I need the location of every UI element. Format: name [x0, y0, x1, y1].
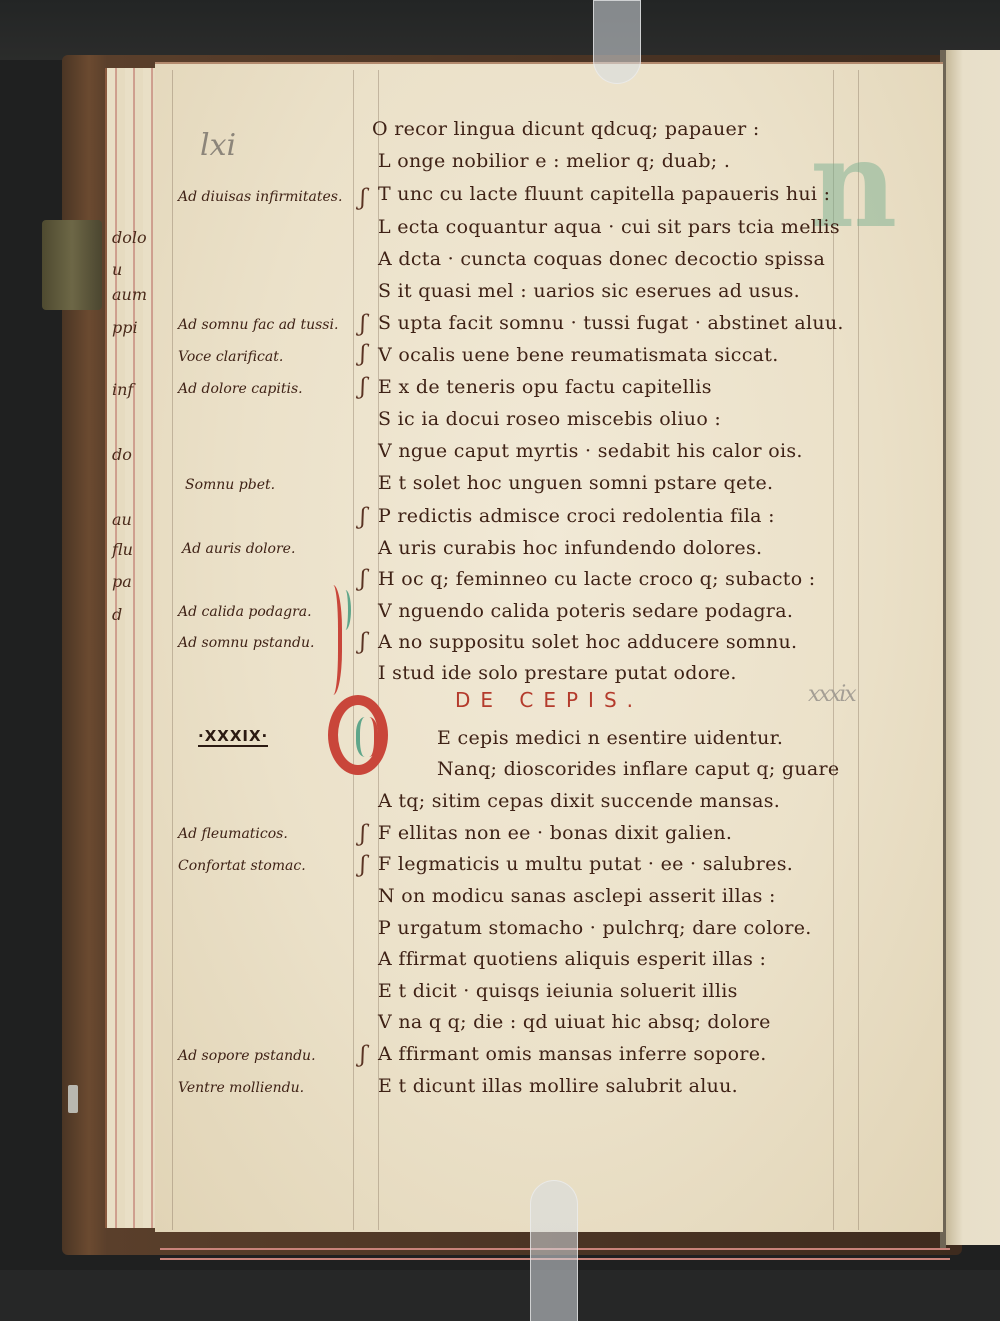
text-line: I stud ide solo prestare putat odore.	[378, 662, 737, 684]
holding-strip	[593, 0, 641, 84]
text-line: O recor lingua dicunt qdcuq; papauer :	[372, 118, 760, 140]
edge-fragment: u	[112, 260, 122, 279]
facing-page	[945, 50, 1000, 1245]
text-line: P redictis admisce croci redolentia fila…	[378, 505, 775, 527]
text-line: S it quasi mel : uarios sic eserues ad u…	[378, 280, 800, 302]
folio-number-pencil: lxi	[200, 128, 236, 163]
edge-fragment: flu	[112, 540, 133, 559]
marginal-gloss: Somnu pbet.	[185, 477, 275, 493]
paragraph-mark: ʃ	[360, 1043, 366, 1068]
marginal-gloss: Voce clarificat.	[178, 349, 283, 365]
marginal-gloss: Ad diuisas infirmitates.	[178, 189, 342, 205]
edge-fragment: aum	[112, 285, 147, 304]
text-line: V na q q; die : qd uiuat hic absq; dolor…	[378, 1011, 771, 1033]
paragraph-mark: ʃ	[360, 567, 366, 592]
marginal-gloss: Ad sopore pstandu.	[178, 1048, 316, 1064]
marginal-gloss: Ad auris dolore.	[182, 541, 295, 557]
paragraph-mark: ʃ	[360, 630, 366, 655]
text-line: A uris curabis hoc infundendo dolores.	[378, 537, 762, 559]
initial-flourish	[320, 585, 342, 695]
decorated-initial-d	[328, 695, 388, 775]
paragraph-mark: ʃ	[360, 853, 366, 878]
marginal-gloss: Ad dolore capitis.	[178, 381, 303, 397]
text-line: A no suppositu solet hoc adducere somnu.	[378, 631, 797, 653]
edge-fragment: dolo	[112, 228, 147, 247]
text-line: T unc cu lacte fluunt capitella papaueri…	[378, 183, 830, 205]
text-line: E t dicit · quisqs ieiunia soluerit illi…	[378, 980, 738, 1002]
background-top	[0, 0, 1000, 60]
text-line: E t solet hoc unguen somni pstare qete.	[378, 472, 773, 494]
marginal-gloss: Ad somnu fac ad tussi.	[178, 317, 338, 333]
chapter-number-pencil: xxxix	[808, 682, 855, 707]
marginal-gloss: Ad somnu pstandu.	[178, 635, 314, 651]
text-line: A tq; sitim cepas dixit succende mansas.	[378, 790, 780, 812]
text-line: V ocalis uene bene reumatismata siccat.	[378, 344, 779, 366]
text-line: E t dicunt illas mollire salubrit aluu.	[378, 1075, 738, 1097]
initial-flourish-green	[340, 590, 351, 630]
paragraph-mark: ʃ	[360, 505, 366, 530]
edge-fragment: au	[112, 510, 132, 529]
ruling-line	[172, 70, 173, 1230]
text-line: N on modicu sanas asclepi asserit illas …	[378, 885, 776, 907]
rubric-heading: DE CEPIS.	[455, 688, 643, 712]
text-line: L onge nobilior e : melior q; duab; .	[378, 150, 730, 172]
edge-fragment: d	[112, 605, 122, 624]
text-line: V ngue caput myrtis · sedabit his calor …	[378, 440, 803, 462]
edge-fragment: do	[112, 445, 132, 464]
text-line: V nguendo calida poteris sedare podagra.	[378, 600, 793, 622]
marginal-gloss: Ad calida podagra.	[178, 604, 312, 620]
text-line: S ic ia docui roseo miscebis oliuo :	[378, 408, 721, 430]
text-line: H oc q; feminneo cu lacte croco q; subac…	[378, 568, 816, 590]
text-line: E cepis medici n esentire uidentur.	[437, 727, 783, 749]
paragraph-mark: ʃ	[360, 375, 366, 400]
paragraph-mark: ʃ	[360, 342, 366, 367]
paragraph-mark: ʃ	[360, 312, 366, 337]
marginal-gloss: Confortat stomac.	[178, 858, 306, 874]
text-line: A dcta · cuncta coquas donec decoctio sp…	[378, 248, 825, 270]
marginal-gloss: Ad fleumaticos.	[178, 826, 288, 842]
text-line: S upta facit somnu · tussi fugat · absti…	[378, 312, 844, 334]
text-line: F ellitas non ee · bonas dixit galien.	[378, 822, 732, 844]
text-line: F legmaticis u multu putat · ee · salubr…	[378, 853, 793, 875]
marginal-gloss: Ventre molliendu.	[178, 1080, 304, 1096]
text-line: A ffirmant omis mansas inferre sopore.	[378, 1043, 767, 1065]
text-line: Nanq; dioscorides inflare caput q; guare	[437, 758, 839, 780]
edge-fragment: inf	[112, 380, 133, 399]
clasp-pin-icon	[68, 1085, 78, 1113]
edge-fragment: pa	[112, 572, 132, 591]
edge-fragment: ppi	[112, 318, 138, 337]
text-line: L ecta coquantur aqua · cui sit pars tci…	[378, 216, 840, 238]
background-bottom	[0, 1270, 1000, 1321]
holding-strip	[530, 1180, 578, 1321]
text-line: A ffirmat quotiens aliquis esperit illas…	[378, 948, 766, 970]
clasp-icon	[42, 220, 102, 310]
chapter-number: ·XXXIX·	[198, 727, 268, 747]
ruling-line	[353, 70, 354, 1230]
paragraph-mark: ʃ	[360, 186, 366, 211]
text-line: P urgatum stomacho · pulchrq; dare color…	[378, 917, 812, 939]
text-line: E x de teneris opu factu capitellis	[378, 376, 712, 398]
paragraph-mark: ʃ	[360, 822, 366, 847]
